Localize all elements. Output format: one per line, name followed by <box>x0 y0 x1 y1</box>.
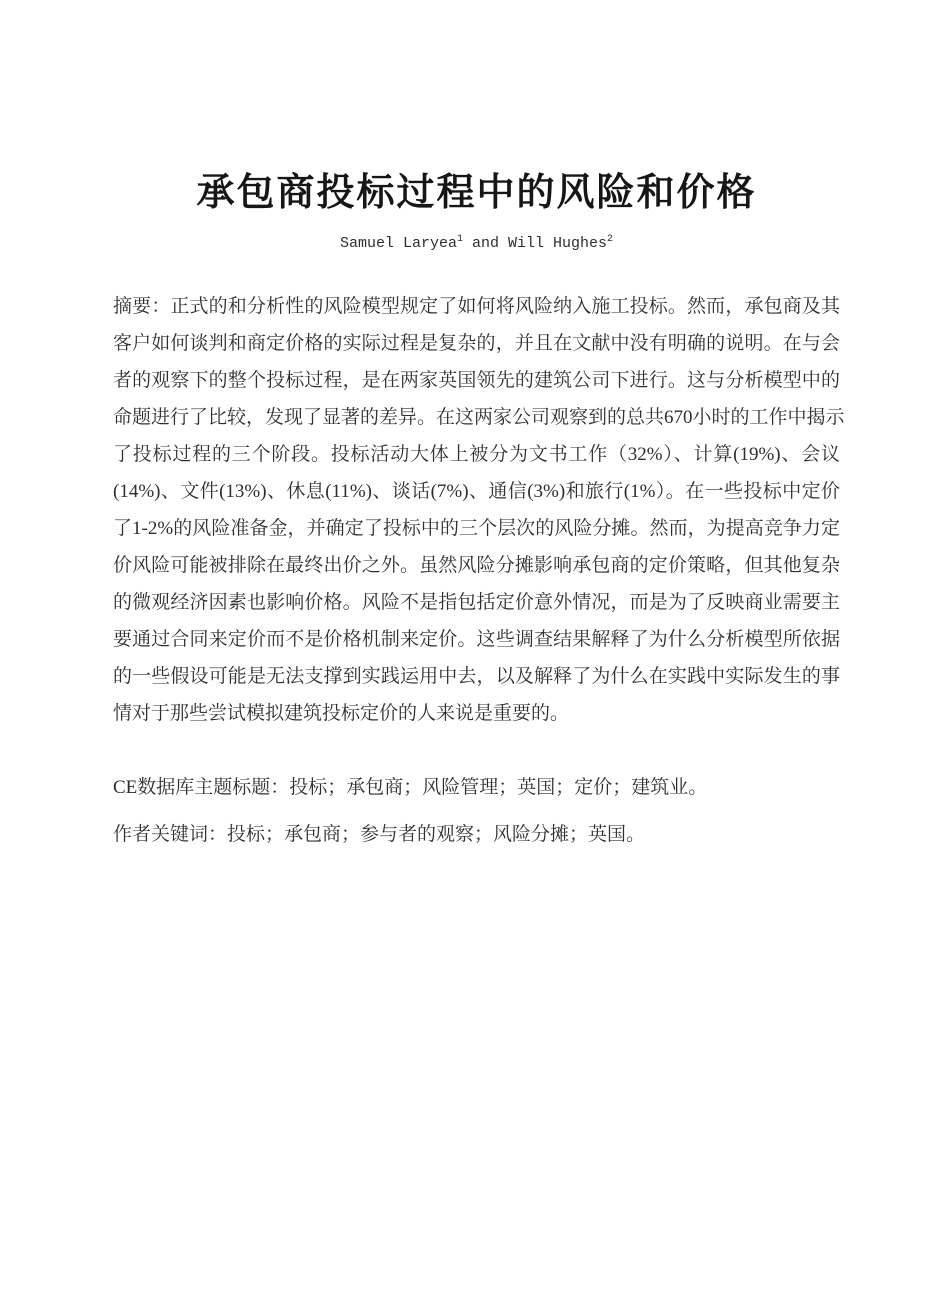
abstract-line: 客户如何谈判和商定价格的实际过程是复杂的，并且在文献中没有明确的说明。在与会 <box>113 325 840 362</box>
author-keywords-line: 作者关键词：投标；承包商；参与者的观察；风险分摊；英国。 <box>113 816 840 853</box>
document-page: 承包商投标过程中的风险和价格 Samuel Laryea1 and Will H… <box>0 0 926 1309</box>
author-2-name: Will Hughes <box>508 235 607 252</box>
abstract-line: 的一些假设可能是无法支撑到实践运用中去，以及解释了为什么在实践中实际发生的事 <box>113 658 840 695</box>
abstract-line: 摘要：正式的和分析性的风险模型规定了如何将风险纳入施工投标。然而，承包商及其 <box>113 288 840 325</box>
abstract-line: 者的观察下的整个投标过程，是在两家英国领先的建筑公司下进行。这与分析模型中的 <box>113 362 840 399</box>
ce-database-keywords-line: CE数据库主题标题：投标；承包商；风险管理；英国；定价；建筑业。 <box>113 769 840 806</box>
paper-title: 承包商投标过程中的风险和价格 <box>113 169 840 215</box>
abstract-line: 了投标过程的三个阶段。投标活动大体上被分为文书工作（32%）、计算(19%)、会… <box>113 436 840 473</box>
abstract-line: 价风险可能被排除在最终出价之外。虽然风险分摊影响承包商的定价策略，但其他复杂 <box>113 547 840 584</box>
author-1-name: Samuel Laryea <box>340 235 457 252</box>
abstract-line: 命题进行了比较，发现了显著的差异。在这两家公司观察到的总共670小时的工作中揭示 <box>113 399 840 436</box>
abstract-line: (14%)、文件(13%)、休息(11%)、谈话(7%)、通信(3%)和旅行(1… <box>113 473 840 510</box>
abstract-line: 要通过合同来定价而不是价格机制来定价。这些调查结果解释了为什么分析模型所依据 <box>113 621 840 658</box>
abstract-line: 情对于那些尝试模拟建筑投标定价的人来说是重要的。 <box>113 695 840 732</box>
author-2-superscript: 2 <box>607 234 613 245</box>
author-connector: and <box>463 235 508 252</box>
abstract-line: 的微观经济因素也影响价格。风险不是指包括定价意外情况，而是为了反映商业需要主 <box>113 584 840 621</box>
author-line: Samuel Laryea1 and Will Hughes2 <box>113 233 840 255</box>
abstract-line: 了1-2%的风险准备金，并确定了投标中的三个层次的风险分摊。然而，为提高竞争力定 <box>113 510 840 547</box>
abstract-paragraph: 摘要：正式的和分析性的风险模型规定了如何将风险纳入施工投标。然而，承包商及其 客… <box>113 288 840 732</box>
